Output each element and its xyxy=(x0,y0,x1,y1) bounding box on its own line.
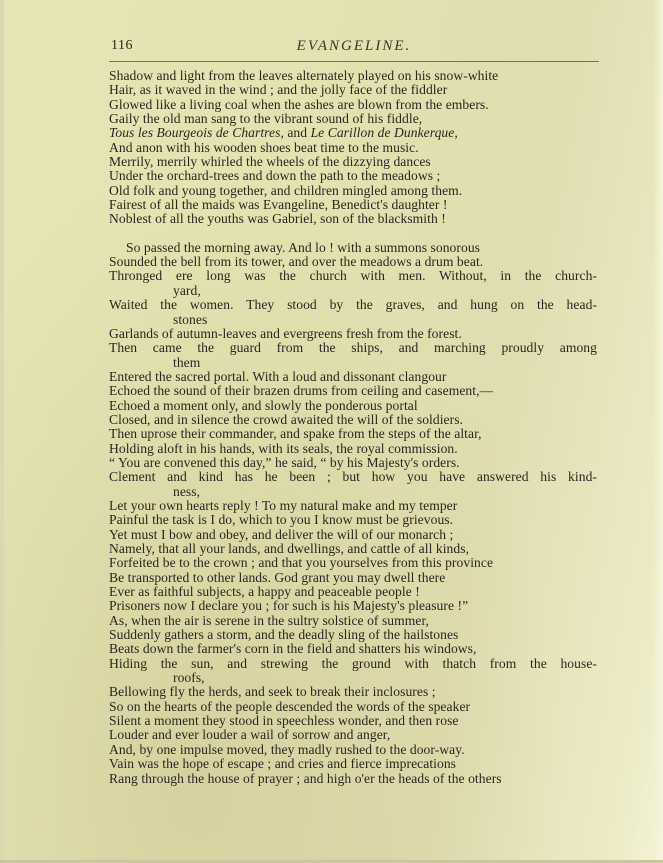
verse-line: Glowed like a living coal when the ashes… xyxy=(109,98,601,112)
verse-line: Vain was the hope of escape ; and cries … xyxy=(109,757,601,771)
verse-line: Be transported to other lands. God grant… xyxy=(109,571,601,585)
joiner-text: , and xyxy=(280,125,310,140)
verse-line: Ever as faithful subjects, a happy and p… xyxy=(109,585,601,599)
verse-line: Let your own hearts reply ! To my natura… xyxy=(109,499,601,513)
verse-line: Entered the sacred portal. With a loud a… xyxy=(109,370,601,384)
verse-line: So passed the morning away. And lo ! wit… xyxy=(109,241,601,255)
verse-line: Echoed a moment only, and slowly the pon… xyxy=(109,399,601,413)
verse-line: Painful the task is I do, which to you I… xyxy=(109,513,601,527)
page-header: 116 EVANGELINE. xyxy=(109,38,599,60)
page-edge-left xyxy=(0,0,4,863)
header-rule xyxy=(109,61,599,62)
song-title: Le Carillon de Dunkerque, xyxy=(311,125,458,140)
verse-line: Waited the women. They stood by the grav… xyxy=(109,298,597,312)
verse-line: Sounded the bell from its tower, and ove… xyxy=(109,255,601,269)
poem-body: Shadow and light from the leaves alterna… xyxy=(109,69,601,786)
verse-line: Bellowing fly the herds, and seek to bre… xyxy=(109,685,601,699)
verse-line: Rang through the house of prayer ; and h… xyxy=(109,772,601,786)
verse-line: Closed, and in silence the crowd awaited… xyxy=(109,413,601,427)
verse-line: Forfeited be to the crown ; and that you… xyxy=(109,556,601,570)
verse-line: Beats down the farmer's corn in the fiel… xyxy=(109,642,601,656)
verse-line: Under the orchard-trees and down the pat… xyxy=(109,169,601,183)
verse-line: Echoed the sound of their brazen drums f… xyxy=(109,384,601,398)
verse-line: Yet must I bow and obey, and deliver the… xyxy=(109,528,601,542)
verse-line: Clement and kind has he been ; but how y… xyxy=(109,470,597,484)
verse-line: Thronged ere long was the church with me… xyxy=(109,269,597,283)
verse-line: So on the hearts of the people descended… xyxy=(109,700,601,714)
song-title: Tous les Bourgeois de Chartres xyxy=(109,125,280,140)
verse-turnover: ness, xyxy=(109,485,601,499)
verse-line: “ You are convened this day,” he said, “… xyxy=(109,456,601,470)
verse-line: And, by one impulse moved, they madly ru… xyxy=(109,743,601,757)
verse-line: Silent a moment they stood in speechless… xyxy=(109,714,601,728)
verse-line: And anon with his wooden shoes beat time… xyxy=(109,141,601,155)
verse-line: Then came the guard from the ships, and … xyxy=(109,341,597,355)
verse-line-italic-titles: Tous les Bourgeois de Chartres, and Le C… xyxy=(109,126,601,140)
verse-line: Suddenly gathers a storm, and the deadly… xyxy=(109,628,601,642)
verse-line: Then uprose their commander, and spake f… xyxy=(109,427,601,441)
verse-line: Hiding the sun, and strewing the ground … xyxy=(109,657,597,671)
stanza-2: So passed the morning away. And lo ! wit… xyxy=(109,241,601,786)
verse-line: Old folk and young together, and childre… xyxy=(109,184,601,198)
page-edge-right xyxy=(653,0,663,863)
verse-line: Louder and ever louder a wail of sorrow … xyxy=(109,728,601,742)
verse-line: Holding aloft in his hands, with its sea… xyxy=(109,442,601,456)
running-title: EVANGELINE. xyxy=(109,38,599,55)
verse-line: Fairest of all the maids was Evangeline,… xyxy=(109,198,601,212)
verse-turnover: stones xyxy=(109,313,601,327)
verse-turnover: yard, xyxy=(109,284,601,298)
verse-line: Shadow and light from the leaves alterna… xyxy=(109,69,601,83)
verse-line: Merrily, merrily whirled the wheels of t… xyxy=(109,155,601,169)
verse-line: Noblest of all the youths was Gabriel, s… xyxy=(109,212,601,226)
verse-line: Garlands of autumn-leaves and evergreens… xyxy=(109,327,601,341)
verse-turnover: them xyxy=(109,356,601,370)
verse-line: Prisoners now I declare you ; for such i… xyxy=(109,599,601,613)
verse-line: As, when the air is serene in the sultry… xyxy=(109,614,601,628)
stanza-1: Shadow and light from the leaves alterna… xyxy=(109,69,601,227)
verse-line: Gaily the old man sang to the vibrant so… xyxy=(109,112,601,126)
verse-line: Hair, as it waved in the wind ; and the … xyxy=(109,83,601,97)
verse-turnover: roofs, xyxy=(109,671,601,685)
stanza-break xyxy=(109,227,601,241)
verse-line: Namely, that all your lands, and dwellin… xyxy=(109,542,601,556)
